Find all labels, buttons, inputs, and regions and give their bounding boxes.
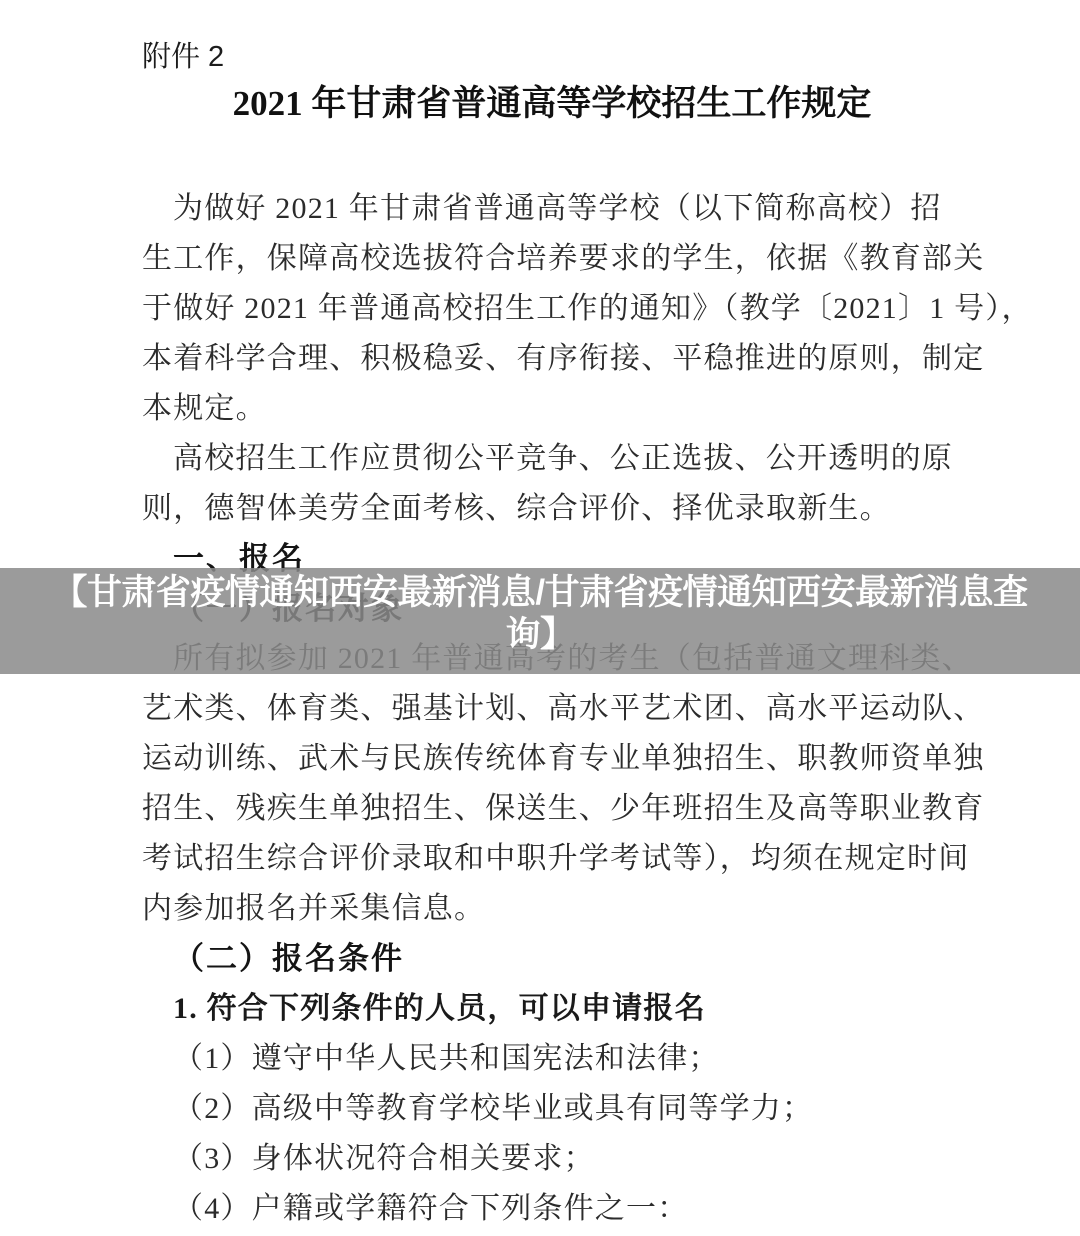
title-spacer [142, 129, 962, 184]
condition-item-2: （2）高级中等教育学校毕业或具有同等学力； [142, 1084, 962, 1134]
doc-line: 艺术类、体育类、强基计划、高水平艺术团、高水平运动队、 [142, 684, 962, 734]
doc-line: 内参加报名并采集信息。 [142, 884, 962, 934]
doc-line: 则，德智体美劳全面考核、综合评价、择优录取新生。 [142, 484, 962, 534]
doc-line: 招生、残疾生单独招生、保送生、少年班招生及高等职业教育 [142, 784, 962, 834]
doc-line: 高校招生工作应贯彻公平竞争、公正选拔、公开透明的原 [142, 434, 962, 484]
overlay-title-line2: 询】 [0, 614, 1080, 656]
doc-line: 本着科学合理、积极稳妥、有序衔接、平稳推进的原则，制定 [142, 334, 962, 384]
condition-item-1: （1）遵守中华人民共和国宪法和法律； [142, 1034, 962, 1084]
doc-line: 生工作，保障高校选拔符合培养要求的学生，依据《教育部关 [142, 234, 962, 284]
doc-line: 考试招生综合评价录取和中职升学考试等），均须在规定时间 [142, 834, 962, 884]
doc-line: 运动训练、武术与民族传统体育专业单独招生、职教师资单独 [142, 734, 962, 784]
doc-line: 本规定。 [142, 384, 962, 434]
numbered-clause-heading: 1. 符合下列条件的人员，可以申请报名 [142, 984, 962, 1034]
condition-item-4: （4）户籍或学籍符合下列条件之一： [142, 1184, 962, 1234]
doc-line: 为做好 2021 年甘肃省普通高等学校（以下简称高校）招 [142, 184, 962, 234]
overlay-banner-title: 【甘肃省疫情通知西安最新消息/甘肃省疫情通知西安最新消息查 询】 [0, 572, 1080, 656]
subsection-heading-registration-conditions: （二）报名条件 [142, 934, 962, 984]
overlay-title-line1: 【甘肃省疫情通知西安最新消息/甘肃省疫情通知西安最新消息查 [0, 572, 1080, 614]
attachment-label: 附件 2 [142, 35, 962, 79]
condition-item-3: （3）身体状况符合相关要求； [142, 1134, 962, 1184]
doc-line: 于做好 2021 年普通高校招生工作的通知》（教学〔2021〕1 号）， [142, 284, 962, 334]
doc-title: 2021 年甘肃省普通高等学校招生工作规定 [142, 79, 962, 129]
